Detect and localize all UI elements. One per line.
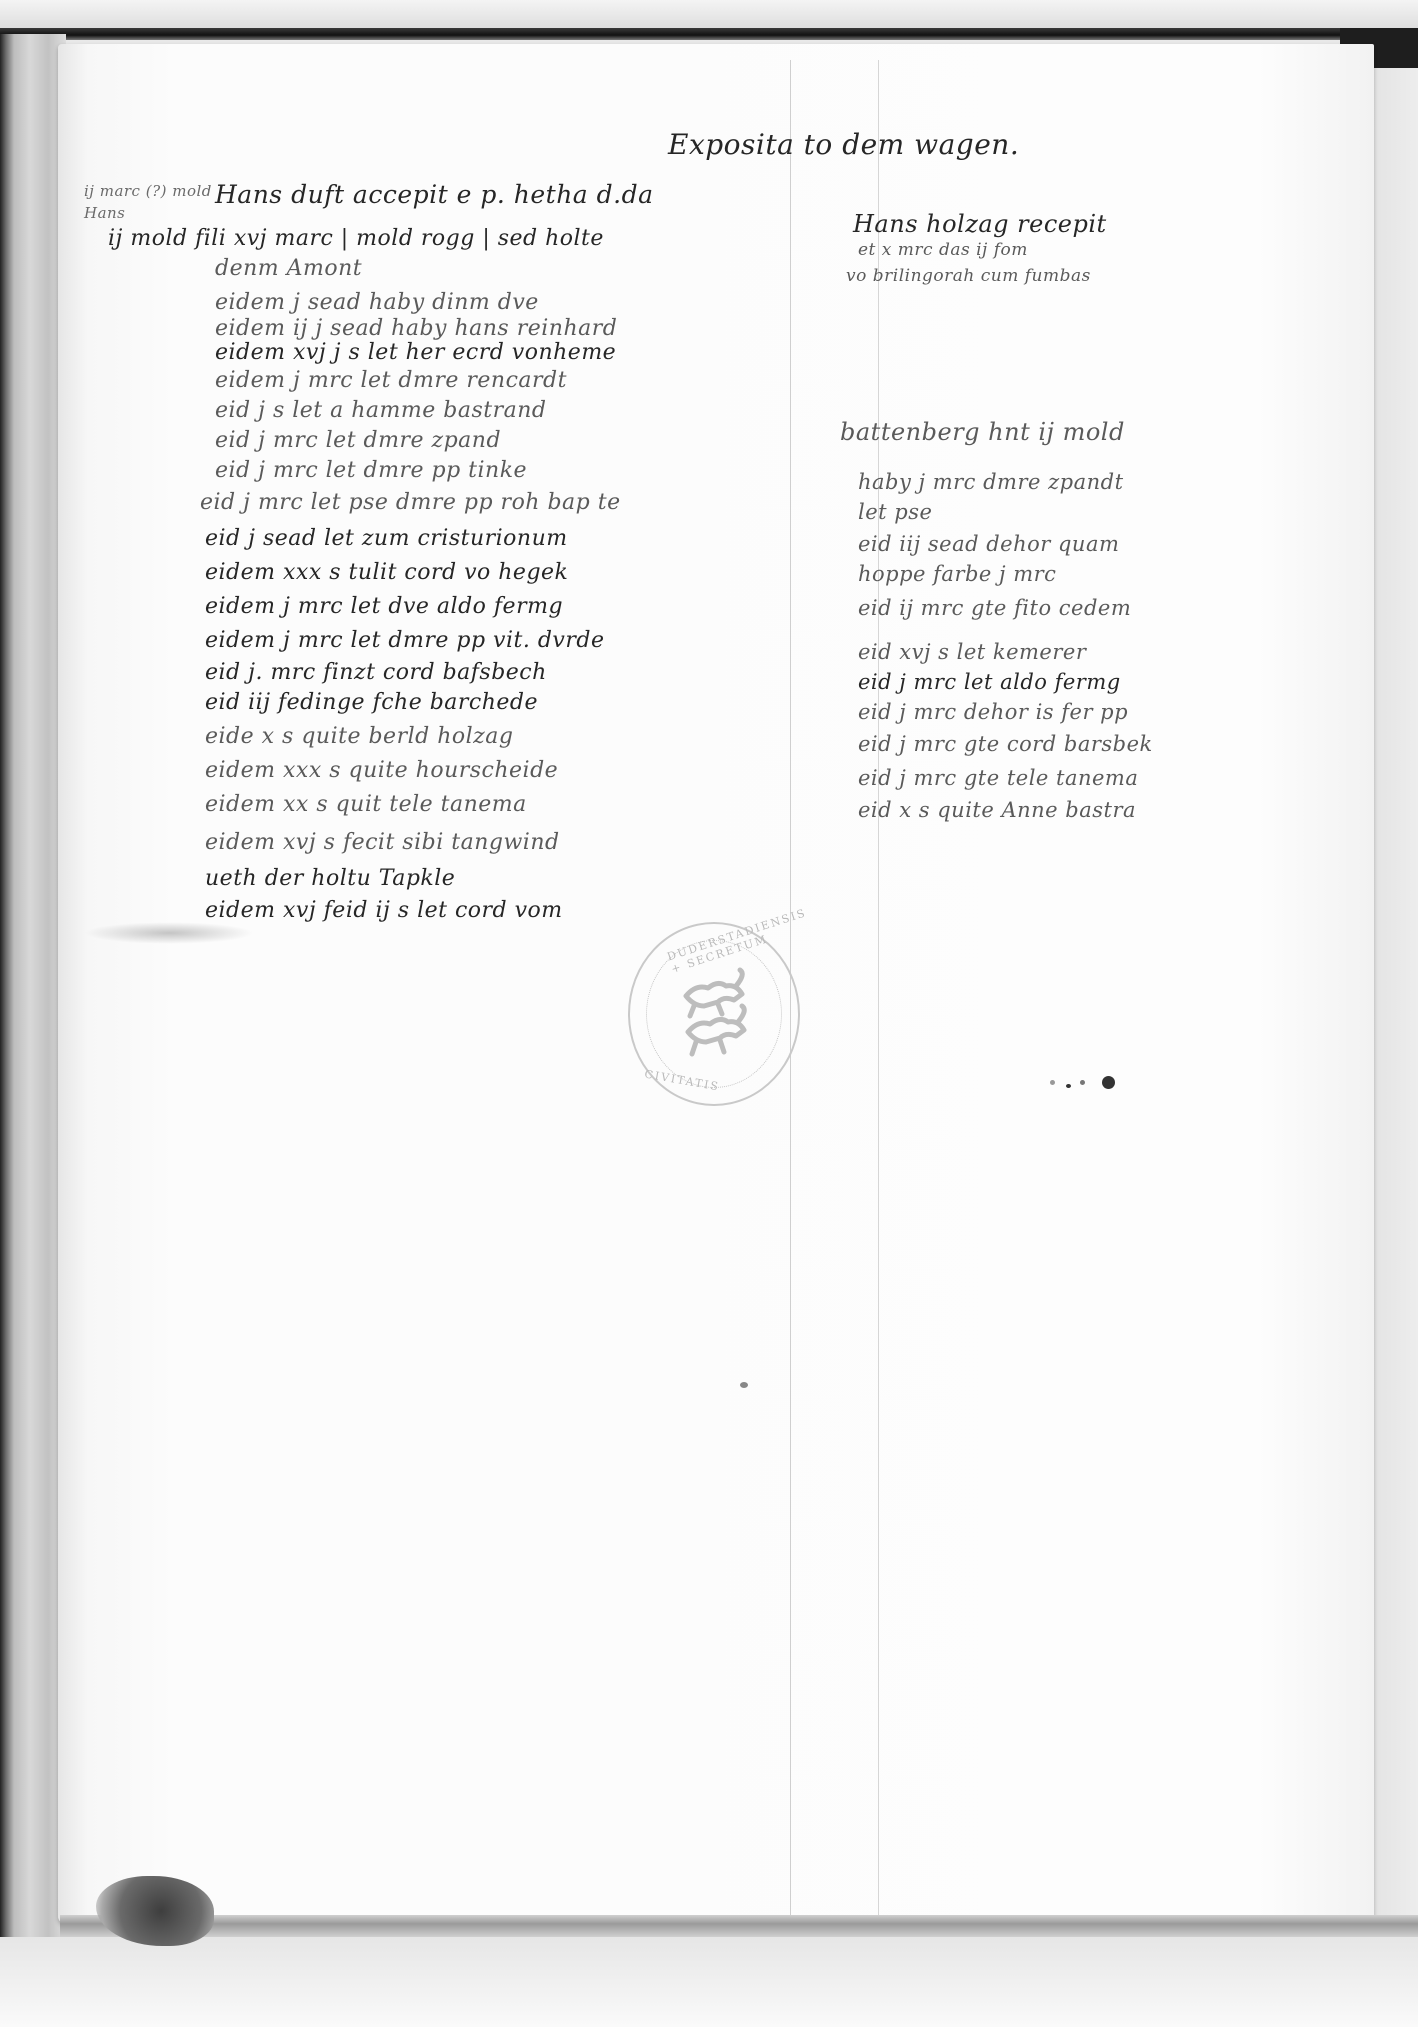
- entry-line: eidem xxx s quite hourscheide: [205, 758, 558, 783]
- archive-seal-stamp: DUDERSTADIENSIS + SECRETUM CIVITATIS: [628, 922, 800, 1106]
- entry-line: eidem j sead haby dinm dve: [215, 290, 539, 315]
- entry-line: eid iij sead dehor quam: [858, 532, 1119, 556]
- entry-line: haby j mrc dmre zpandt: [858, 470, 1124, 494]
- entry-line: hoppe farbe j mrc: [858, 562, 1056, 586]
- scan-background-bottom: [0, 1937, 1418, 2027]
- entry-line: eidem j mrc let dmre pp vit. dvrde: [205, 628, 604, 653]
- entry-line: eidem xvj feid ij s let cord vom: [205, 898, 563, 923]
- page-heading: Exposita to dem wagen.: [668, 128, 1019, 161]
- entry-line: denm Amont: [215, 256, 362, 281]
- entry-line: eid j mrc gte cord barsbek: [858, 732, 1153, 756]
- entry-line: eid xvj s let kemerer: [858, 640, 1086, 664]
- entry-line: eid x s quite Anne bastra: [858, 798, 1136, 822]
- entry-line: eidem j mrc let dve aldo fermg: [205, 594, 563, 619]
- entry-line: eidem xvj s fecit sibi tangwind: [205, 830, 560, 855]
- column-ruling-line: [878, 60, 879, 1920]
- entry-line: eid j mrc let dmre pp tinke: [215, 458, 527, 483]
- entry-line: eid j sead let zum cristurionum: [205, 526, 568, 551]
- entry-line: eid j mrc let aldo fermg: [858, 670, 1121, 694]
- page-bottom-edge: [60, 1915, 1418, 1937]
- margin-note: ij marc (?) mold: [84, 182, 212, 200]
- entry-line: eidem ij j sead haby hans reinhard: [215, 316, 617, 341]
- entry-line: ueth der holtu Tapkle: [205, 866, 455, 891]
- entry-line: eidem j mrc let dmre rencardt: [215, 368, 567, 393]
- entry-line: et x mrc das ij fom: [858, 240, 1028, 260]
- entry-line: eid j mrc let dmre zpand: [215, 428, 501, 453]
- entry-line: eidem xvj j s let her ecrd vonheme: [215, 340, 616, 365]
- cover-edge-top: [0, 28, 1418, 40]
- margin-note: Hans: [84, 204, 125, 222]
- entry-line: battenberg hnt ij mold: [840, 418, 1125, 446]
- entry-line: eide x s quite berld holzag: [205, 724, 513, 749]
- entry-line: eid j s let a hamme bastrand: [215, 398, 546, 423]
- entry-line: eid j mrc gte tele tanema: [858, 766, 1138, 790]
- entry-line: eid ij mrc gte fito cedem: [858, 596, 1131, 620]
- entry-line: eidem xxx s tulit cord vo hegek: [205, 560, 568, 585]
- book-binding-left: [0, 34, 66, 1964]
- entry-line: eid j. mrc finzt cord bafsbech: [205, 660, 547, 685]
- entry-line: vo brilingorah cum fumbas: [846, 266, 1091, 286]
- entry-line: Hans holzag recepit: [853, 210, 1107, 238]
- entry-line: eid j mrc let pse dmre pp roh bap te: [200, 490, 621, 515]
- entry-line: eid j mrc dehor is fer pp: [858, 700, 1128, 724]
- scan-background-top: [0, 0, 1418, 30]
- entry-line: ij mold fili xvj marc | mold rogg | sed …: [108, 226, 604, 251]
- lion-emblem-icon: [674, 966, 754, 1062]
- entry-line: eidem xx s quit tele tanema: [205, 792, 527, 817]
- ink-smudge: [84, 922, 254, 944]
- entry-line: eid iij fedinge fche barchede: [205, 690, 538, 715]
- entry-line: Hans duft accepit e p. hetha d.da: [215, 180, 654, 209]
- entry-line: let pse: [858, 500, 932, 524]
- ink-speck: [740, 1382, 748, 1388]
